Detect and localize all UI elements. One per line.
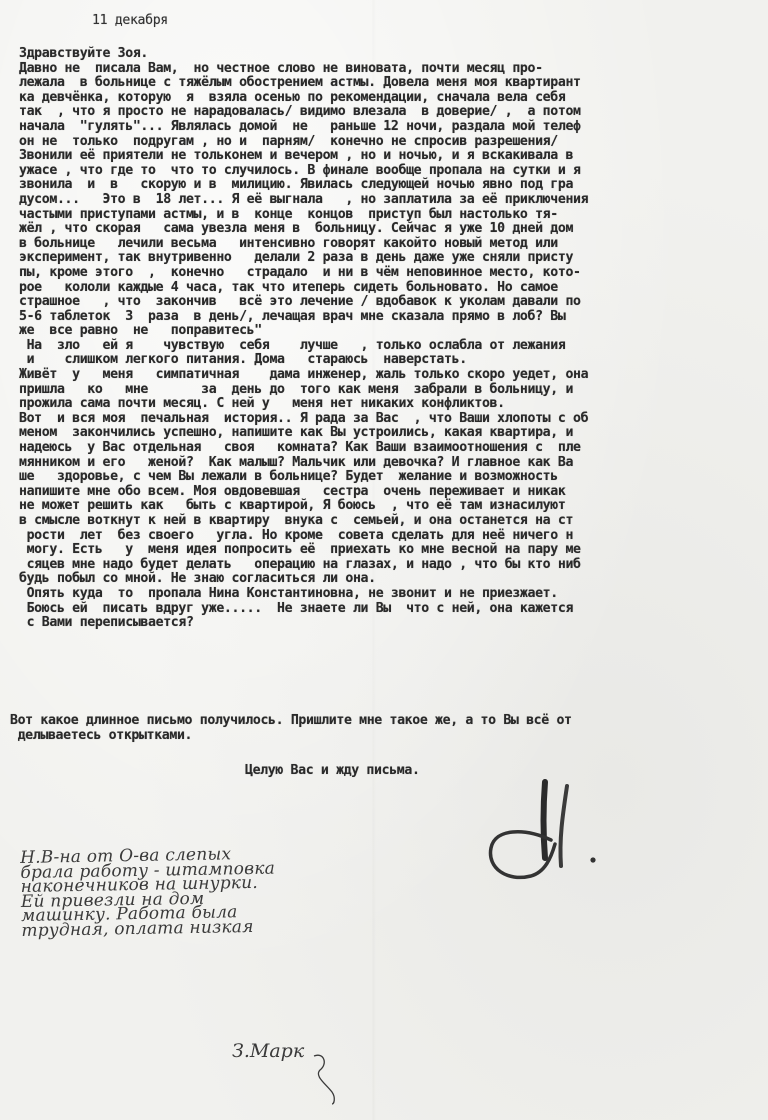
letter-line: эксперимент, так внутривенно делали 2 ра… [19, 251, 588, 266]
handwritten-line: трудная, оплата низкая [21, 917, 276, 936]
letter-line: в смысле воткнут к ней в квартиру внука … [19, 514, 588, 529]
letter-line: могу. Есть у меня идея попросить её прие… [19, 543, 588, 558]
letter-line: и слишком легкого питания. Дома стараюсь… [19, 353, 588, 368]
letter-line: пы, кроме этого , конечно страдало и ни … [19, 266, 588, 281]
letter-line: жёл , что скорая сама увезла меня в боль… [19, 222, 588, 237]
letter-line: лежала в больнице с тяжёлым обострением … [19, 76, 588, 91]
letter-line: На зло ей я чувствую себя лучше , только… [19, 339, 588, 354]
letter-body: Здравствуйте Зоя.Давно не писала Вам, но… [19, 47, 588, 631]
letter-line: страшное , что закончив всё это лечение … [19, 295, 588, 310]
letter-line: прожила сама почти месяц. С ней у меня н… [19, 397, 588, 412]
signature-initial-n [485, 778, 605, 888]
handwritten-note: Н.В-на от О-ва слепыхбрала работу - штам… [20, 844, 276, 936]
closing-line: делываетесь открытками. [10, 729, 572, 744]
letter-line: звонила и в скорую и в милицию. Явилась … [19, 178, 588, 193]
letter-line: надеюсь у Вас отдельная своя комната? Ка… [19, 441, 588, 456]
letter-line: Звонили её приятели не тольконем и вечер… [19, 149, 588, 164]
handwritten-signature: З.Марк [232, 1040, 304, 1062]
signature-flourish [310, 1050, 350, 1105]
letter-line: Живёт у меня симпатичная дама инженер, ж… [19, 368, 588, 383]
letter-line: Опять куда то пропала Нина Константиновн… [19, 587, 588, 602]
letter-line: он не только подругам , но и парням/ кон… [19, 135, 588, 150]
letter-line: дусом... Это в 18 лет... Я её выгнала , … [19, 193, 588, 208]
letter-closing: Вот какое длинное письмо получилось. При… [10, 714, 572, 743]
letter-line: в больнице лечили весьма интенсивно гово… [19, 237, 588, 252]
letter-date: 11 декабря [92, 14, 168, 29]
letter-line: рое кололи каждые 4 часа, так что итепер… [19, 281, 588, 296]
letter-farewell: Целую Вас и жду письма. [245, 764, 420, 779]
letter-line: Вот и вся моя печальная история.. Я рада… [19, 412, 588, 427]
letter-line: частыми приступами астмы, и в конце конц… [19, 208, 588, 223]
letter-line: меном закончились успешно, напишите как … [19, 426, 588, 441]
closing-line: Вот какое длинное письмо получилось. При… [10, 714, 572, 729]
letter-line: не может решить как быть с квартирой, Я … [19, 499, 588, 514]
letter-line: с Вами переписывается? [19, 616, 588, 631]
letter-line: Здравствуйте Зоя. [19, 47, 588, 62]
letter-line: Давно не писала Вам, но честное слово не… [19, 62, 588, 77]
letter-line: будь побыл со мной. Не знаю согласиться … [19, 572, 588, 587]
letter-line: рости лет без своего угла. Но кроме сове… [19, 529, 588, 544]
letter-line: начала "гулять"... Являлась домой не ран… [19, 120, 588, 135]
letter-line: же все равно не поправитесь" [19, 324, 588, 339]
letter-line: ше здоровье, с чем Вы лежали в больнице?… [19, 470, 588, 485]
letter-line: Боюсь ей писать вдруг уже..... Не знаете… [19, 602, 588, 617]
letter-line: так , что я просто не нарадовалась/ види… [19, 105, 588, 120]
letter-line: 5-6 таблеток 3 раза в день/, лечащая вра… [19, 310, 588, 325]
letter-line: ка девчёнка, которую я взяла осенью по р… [19, 91, 588, 106]
